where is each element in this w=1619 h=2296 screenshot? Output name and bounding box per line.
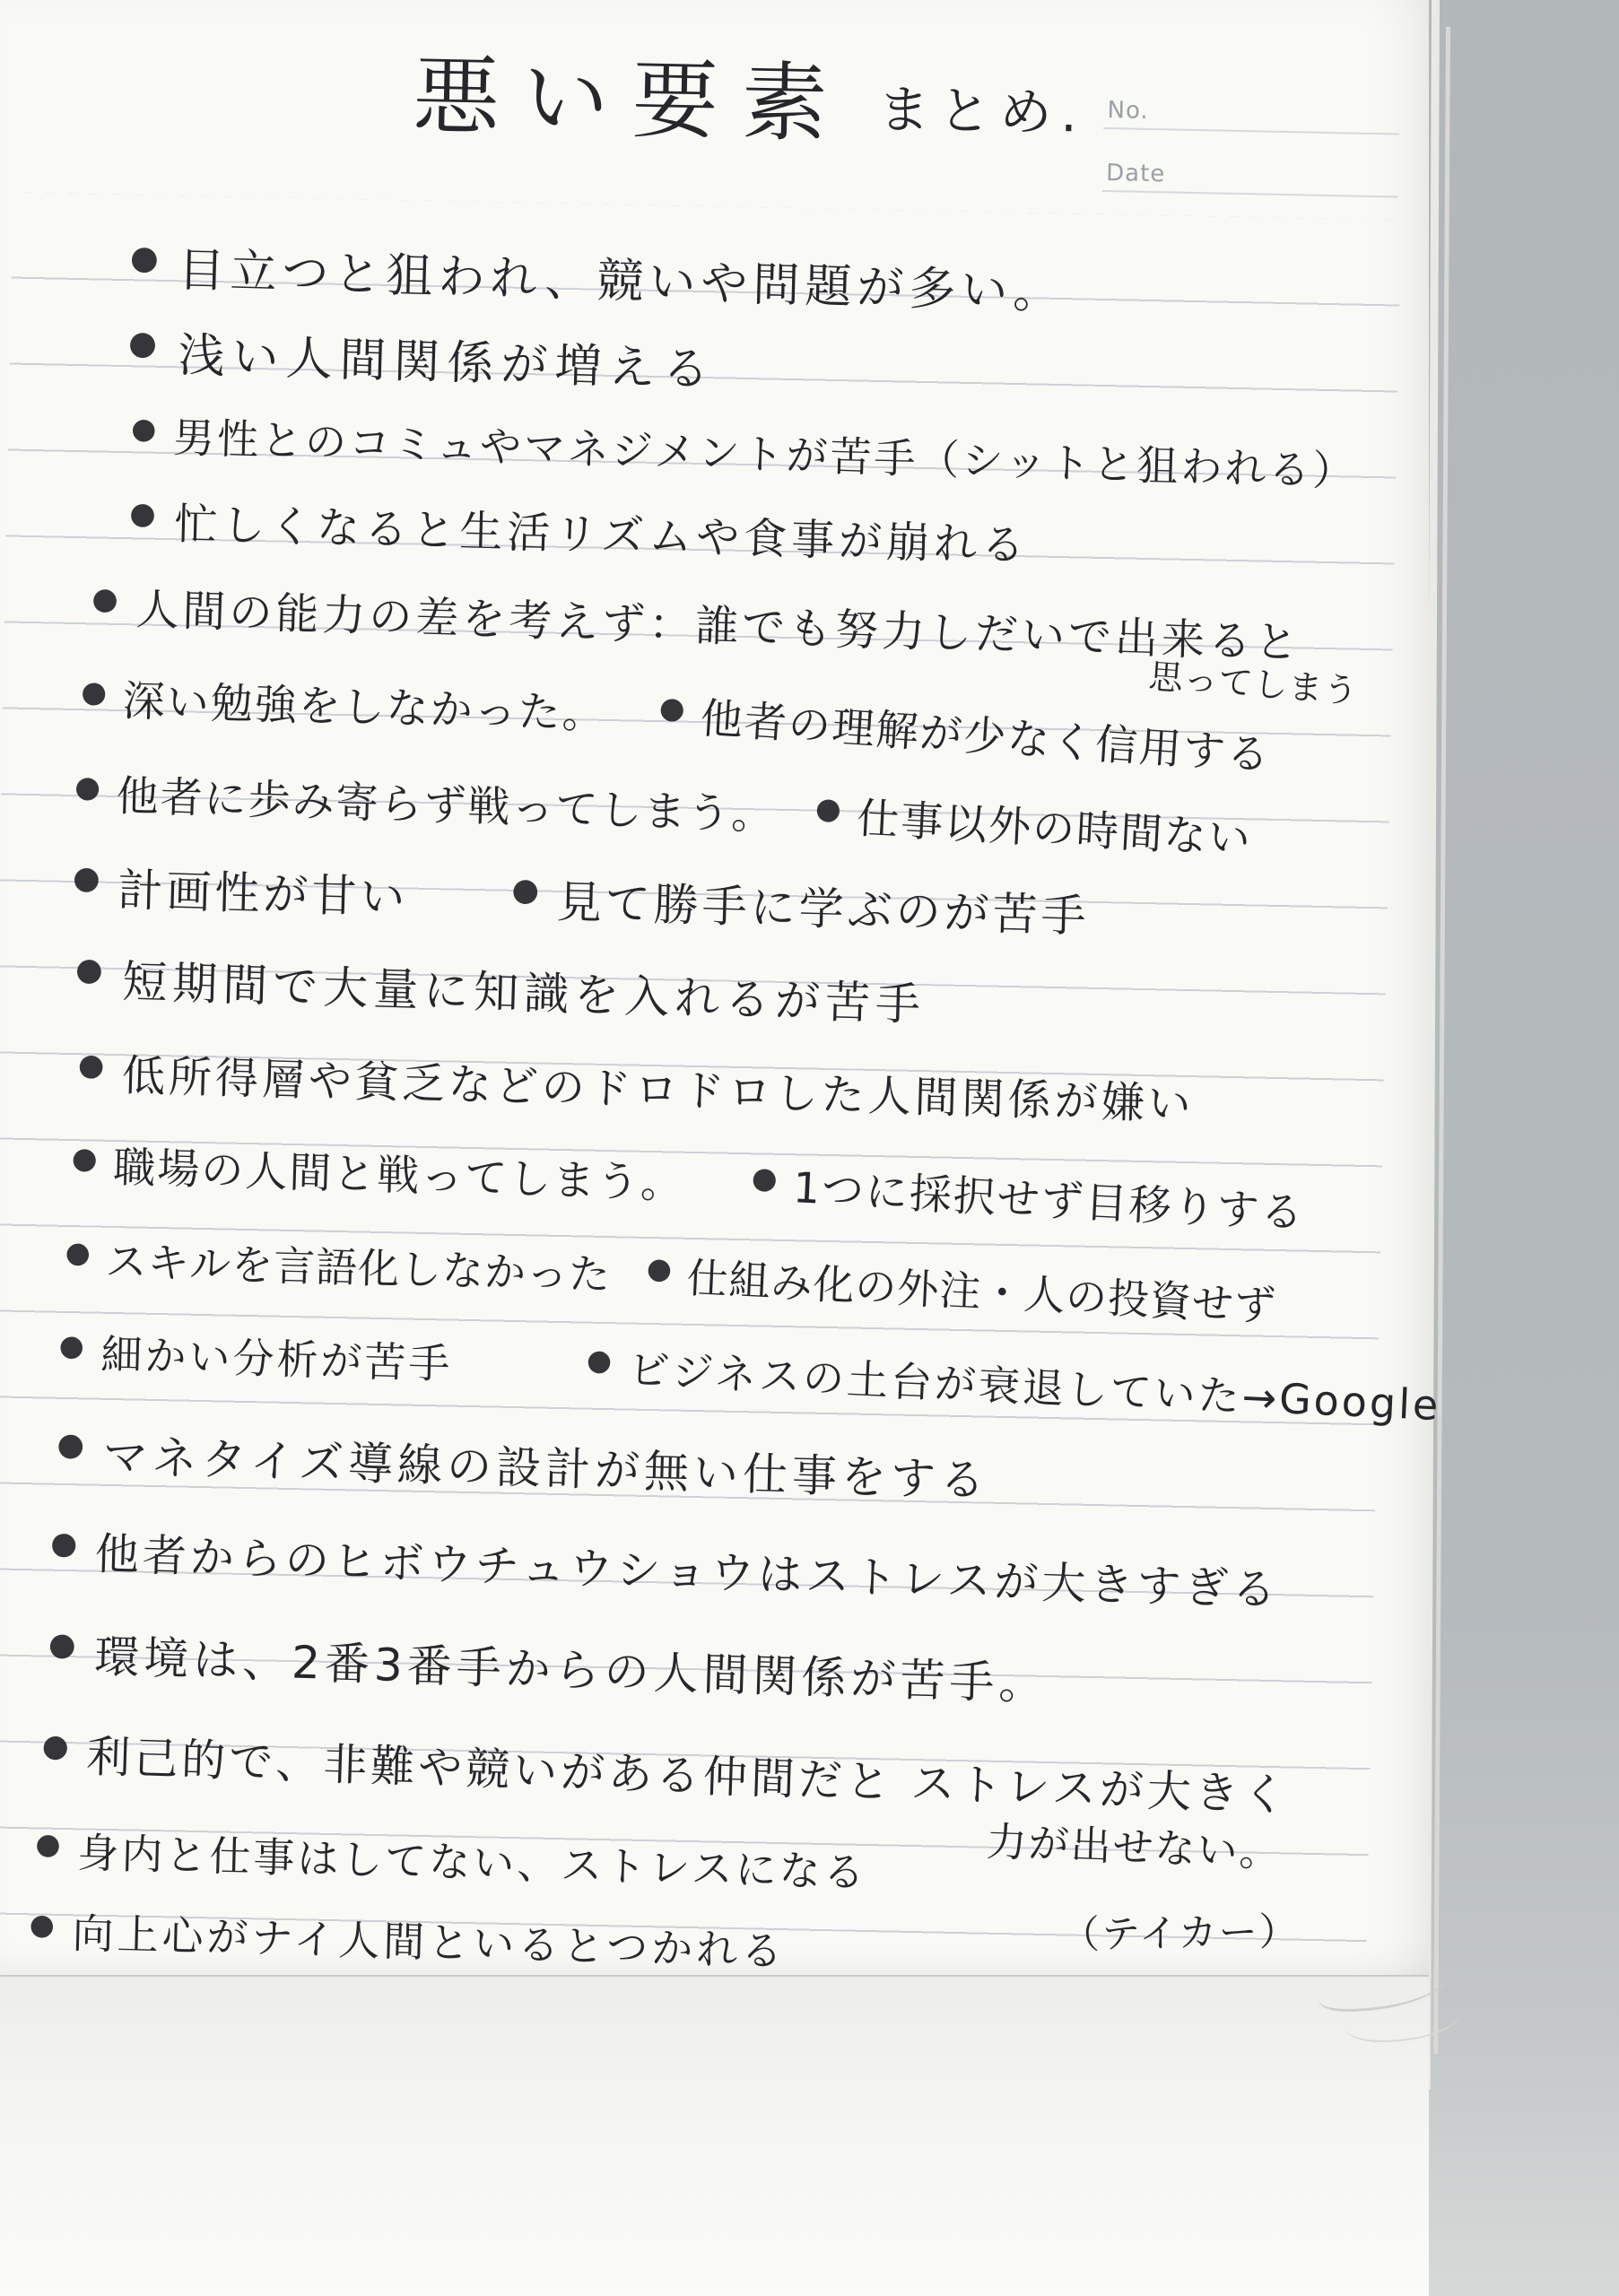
annotation-taker: （テイカー） [1060,1901,1300,1960]
title-sub: まとめ. [877,79,1087,144]
bullet-icon: ● [128,323,165,362]
bullet-icon: ● [658,690,688,726]
bullet-icon: ● [71,1140,100,1176]
bullet-icon: ● [131,411,160,446]
note-segment: ●計画性が甘い [72,853,409,926]
bullet-icon: ● [511,872,544,909]
bullet-icon: ● [65,1235,91,1270]
bullet-icon: ● [586,1343,615,1378]
annotation-chikara-dasenai: 力が出せない。 [986,1809,1283,1878]
date-line [1102,190,1398,198]
bullet-icon: ● [81,674,109,709]
bullet-icon: ● [58,1328,87,1363]
paper-bottom-area [0,1975,1429,2296]
no-label: No. [1107,97,1149,125]
note-text: 計画性が甘い [118,854,410,926]
bullet-icon: ● [48,1627,81,1664]
bullet-icon: ● [74,769,103,804]
date-label: Date [1106,160,1166,187]
bullet-icon: ● [73,860,105,897]
bullet-icon: ● [50,1526,82,1562]
bullet-icon: ● [130,238,165,277]
note-segment: ●細かい分析が苦手 [58,1321,454,1391]
no-line [1103,127,1399,135]
title-main: 悪い要素 [413,45,852,154]
bullet-icon: ● [129,495,161,531]
sheet-content: No. Date 悪い要素まとめ. ●目立つと狙われ、競いや問題が多い。 ●浅い… [0,0,1429,2003]
bullet-icon: ● [91,580,122,616]
page-title: 悪い要素まとめ. [413,27,1088,163]
scanned-note-page: { "document": { "title": { "main": "悪い要素… [0,0,1619,2296]
scanner-background [1426,0,1619,2296]
bullet-icon: ● [41,1728,73,1765]
bullet-icon: ● [646,1250,674,1285]
bullet-icon: ● [75,952,109,988]
bullet-icon: ● [814,790,844,827]
bullet-icon: ● [29,1907,58,1942]
bullet-icon: ● [751,1160,780,1196]
bullet-icon: ● [78,1047,109,1083]
note-text: 細かい分析が苦手 [100,1322,454,1391]
bullet-icon: ● [35,1826,64,1861]
bullet-icon: ● [57,1427,90,1464]
